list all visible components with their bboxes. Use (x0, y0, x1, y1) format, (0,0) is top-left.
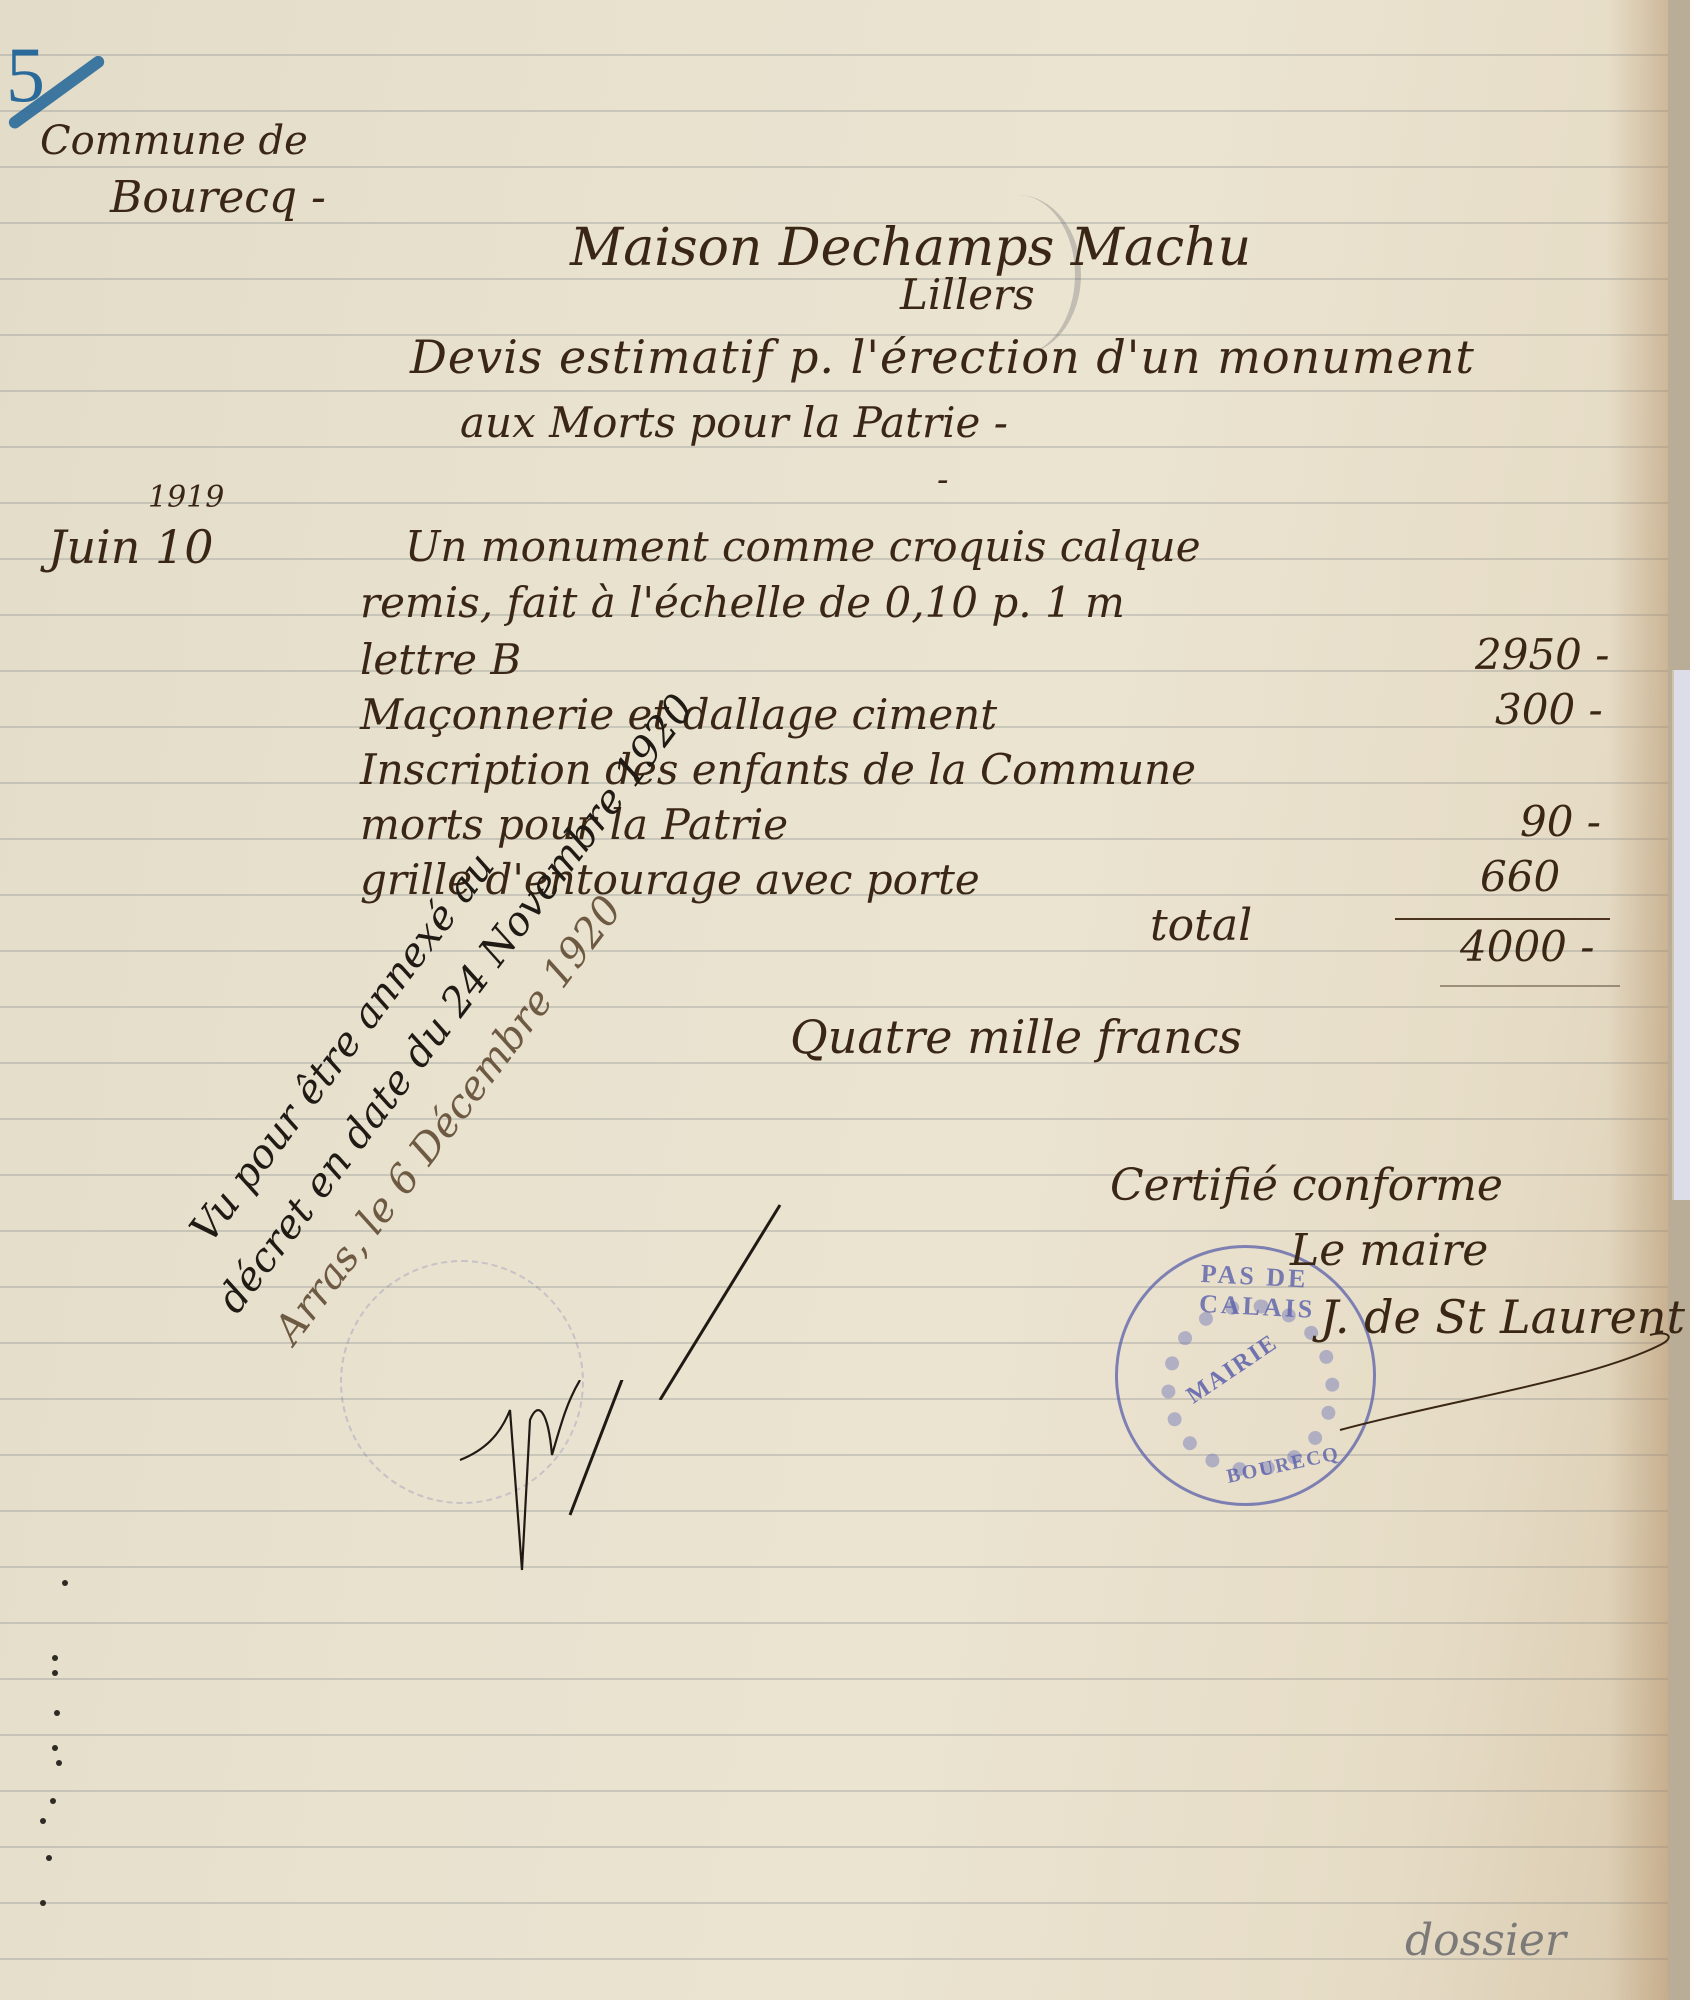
title-line-1: Devis estimatif p. l'érection d'un monum… (410, 330, 1475, 384)
item-amount-6: 90 - (1520, 797, 1601, 846)
document-page: 5 Commune de Bourecq - Maison Dechamps M… (0, 0, 1668, 2000)
title-line-2: aux Morts pour la Patrie - (460, 398, 1008, 447)
item-amount-4: 300 - (1495, 685, 1603, 734)
total-amount: 4000 - (1460, 922, 1594, 971)
pencil-note: dossier (1405, 1915, 1566, 1966)
total-label: total (1150, 900, 1252, 951)
entry-year: 1919 (148, 480, 224, 515)
prefect-signature (430, 1380, 730, 1590)
item-amount-7: 660 (1480, 852, 1560, 901)
item-line-1: Un monument comme croquis calque (405, 522, 1201, 571)
item-line-5: Inscription des enfants de la Commune (360, 745, 1196, 794)
mayor-title: Le maire (1290, 1225, 1488, 1276)
title-separator: - (937, 460, 949, 500)
total-rule (1395, 918, 1610, 920)
item-amount-3: 2950 - (1475, 630, 1609, 679)
item-line-2: remis, fait à l'échelle de 0,10 p. 1 m (360, 578, 1125, 627)
commune-name: Bourecq - (110, 172, 326, 223)
item-line-3: lettre B (360, 635, 521, 684)
total-in-words: Quatre mille francs (790, 1010, 1242, 1064)
underlying-sheet-edge (1672, 670, 1690, 1200)
margin-dots (40, 1580, 70, 1910)
mayor-signature-flourish (1330, 1300, 1690, 1450)
firm-city: Lillers (900, 270, 1035, 319)
commune-label: Commune de (40, 118, 308, 164)
certification-line: Certifié conforme (1110, 1160, 1503, 1211)
entry-date: Juin 10 (48, 520, 214, 574)
prefect-signature-stroke (600, 1200, 800, 1400)
total-underline (1440, 985, 1620, 987)
page-edge-shadow (1608, 0, 1668, 2000)
firm-name: Maison Dechamps Machu (570, 218, 1251, 278)
